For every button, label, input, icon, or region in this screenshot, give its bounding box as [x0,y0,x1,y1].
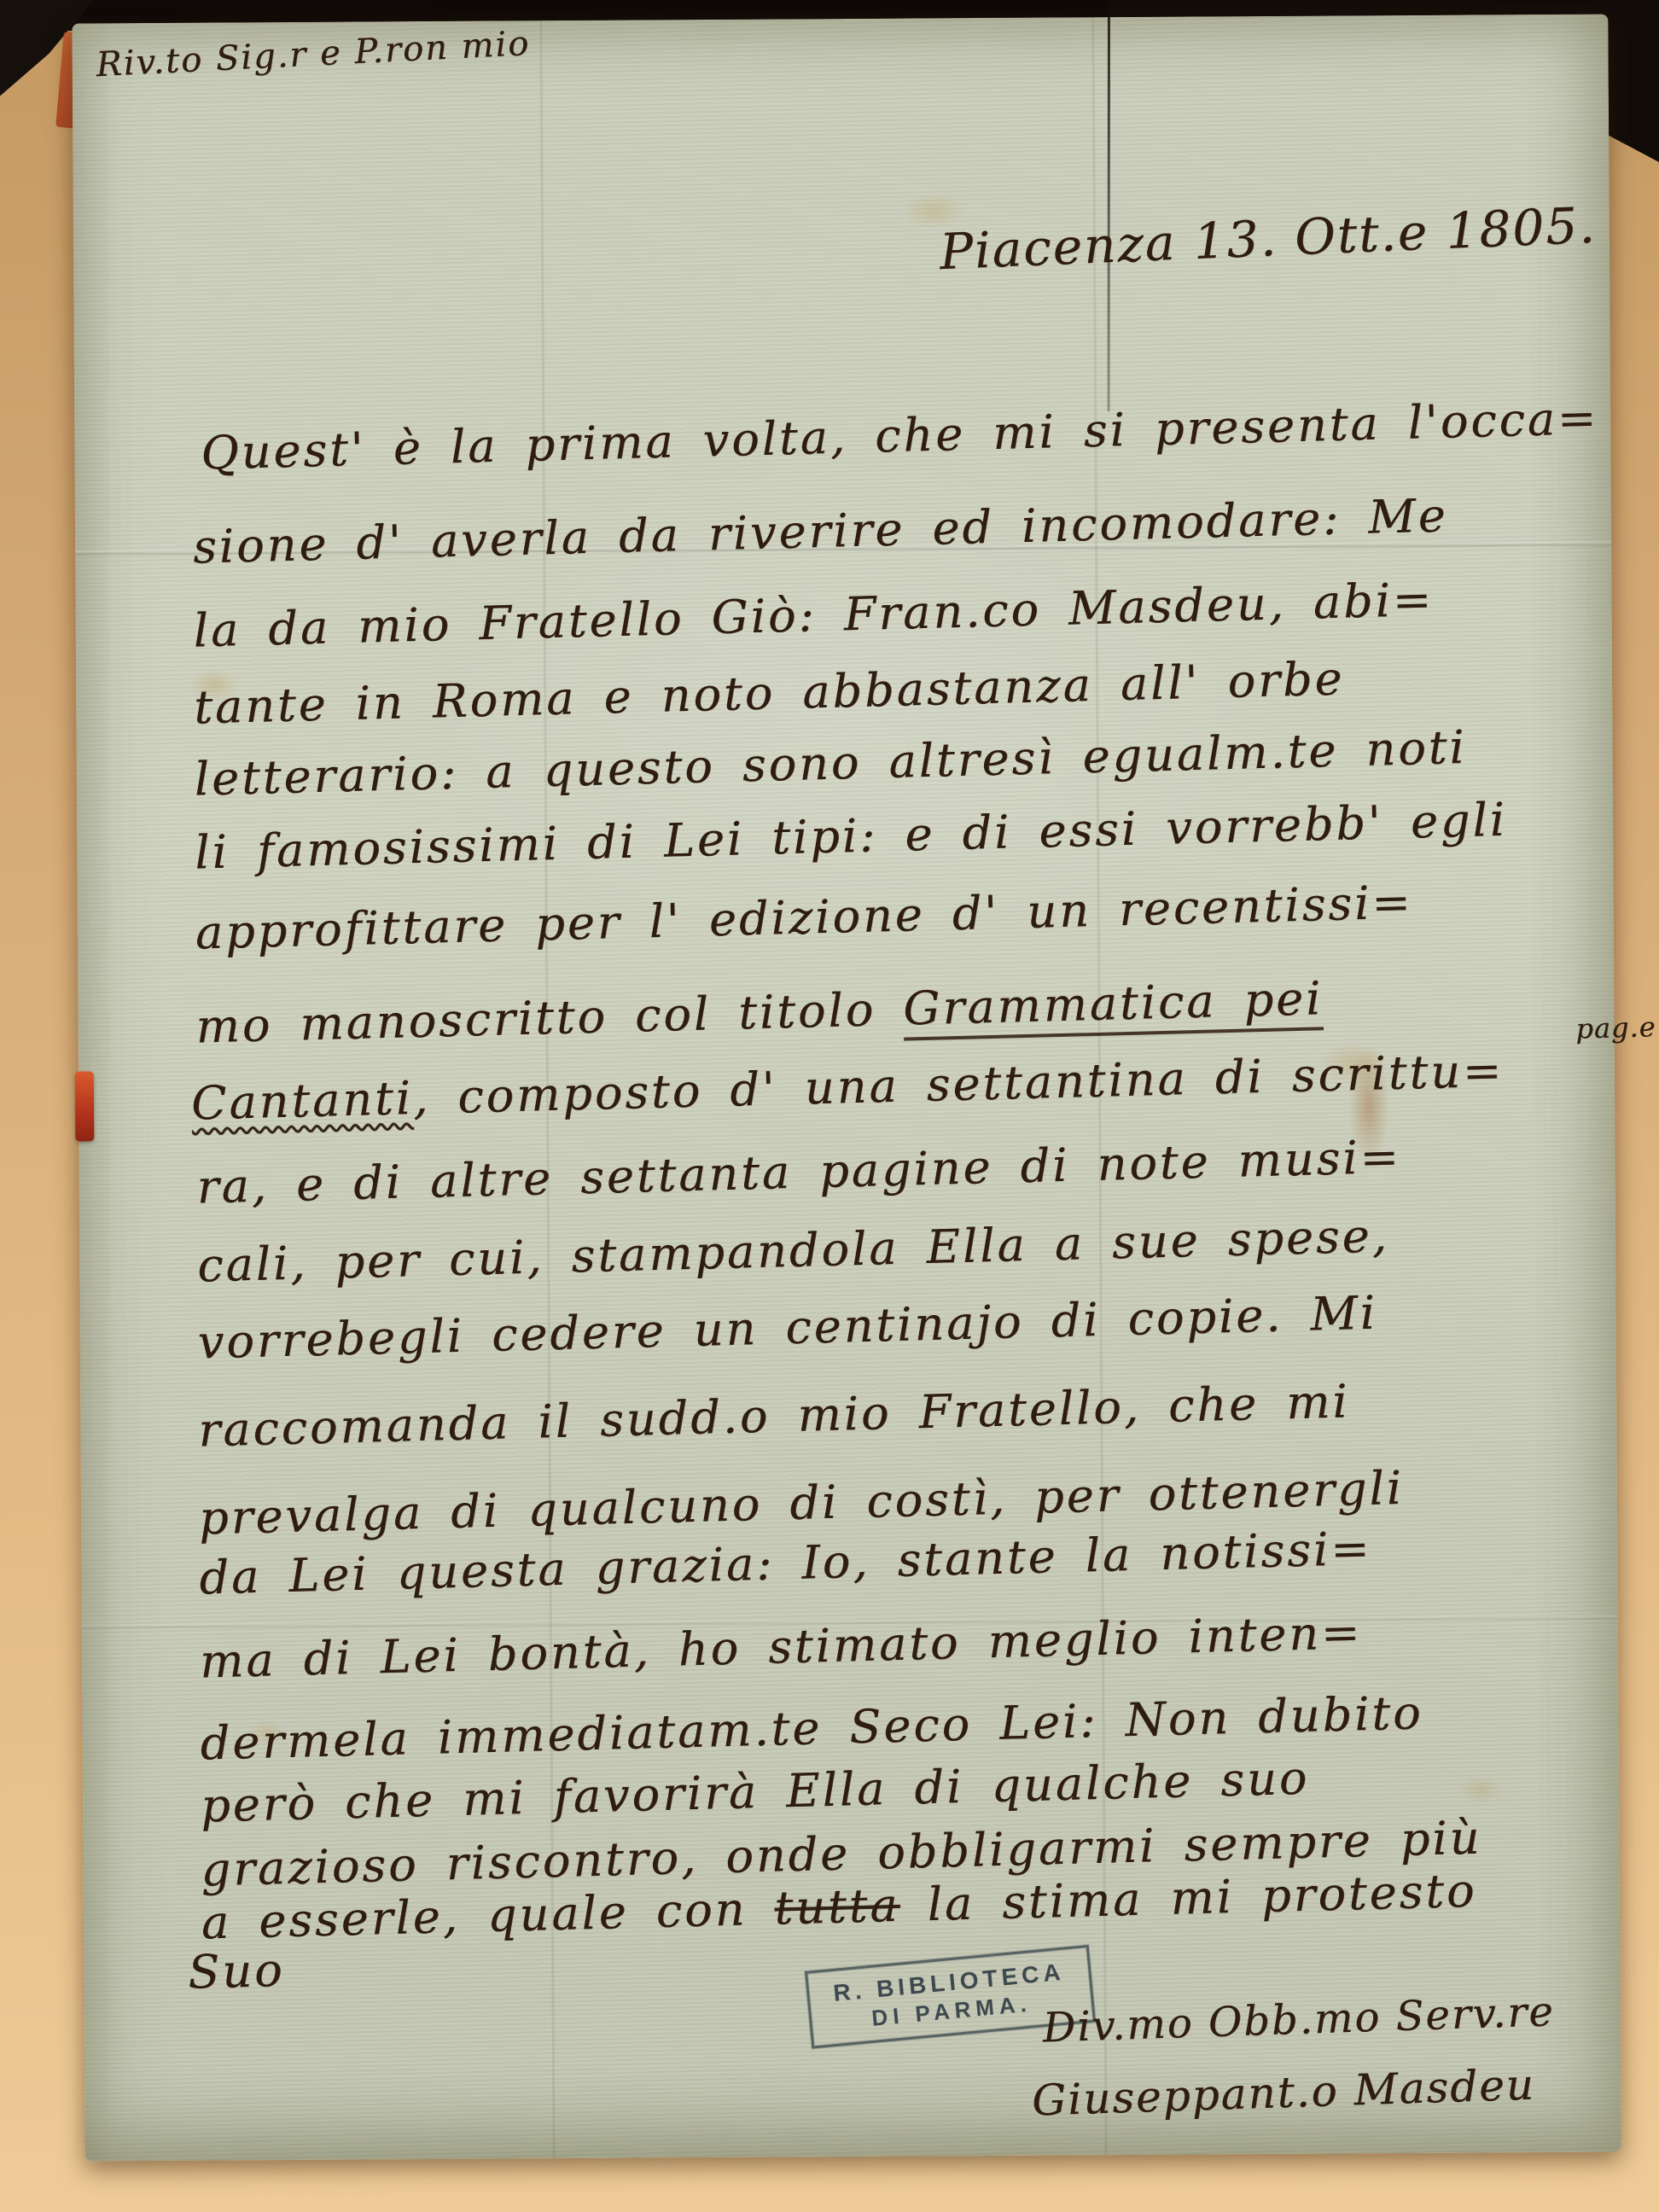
photo-of-manuscript-letter: Riv.to Sig.r e P.ron mio Piacenza 13. Ot… [0,0,1659,2212]
letter-line: li famosissimi di Lei tipi: e di essi vo… [195,793,1508,880]
letter-line-with-title: Cantanti, composto d' una settantina di … [190,1038,1659,1131]
letter-line: la da mio Fratello Giò: Fran.co Masdeu, … [193,573,1435,658]
letter-line: vorrebegli cedere un centinajo di copie.… [197,1286,1378,1370]
letter-line: cali, per cui, stampandola Ella a sue sp… [196,1208,1389,1292]
letter-line: raccomanda il sudd.o mio Fratello, che m… [198,1375,1351,1458]
letter-line-with-title: mo manoscritto col titolo Grammatica pei [195,971,1324,1053]
letter-closing: Div.mo Obb.mo Serv.re [1042,1988,1556,2052]
letter-line: Quest' è la prima volta, che mi si prese… [201,391,1599,480]
letter-line: tante in Roma e noto abbastanza all' orb… [193,652,1345,735]
struck-word: tutta [774,1878,901,1935]
letter-line: ma di Lei bontà, ho stimato meglio inten… [199,1605,1363,1688]
letter-line-text: mo manoscritto col titolo [195,982,904,1054]
letter-line: ra, e di altre settanta pagine di note m… [196,1130,1402,1214]
interline-insertion: pag.e di [1575,1010,1659,1045]
letter-line: letterario: a questo sono altresì egualm… [194,720,1467,806]
letter-line: approfittare per l' edizione d' un recen… [195,876,1413,960]
underlined-title-grammatica: Grammatica pei [903,971,1324,1040]
letter-salutation: Riv.to Sig.r e P.ron mio [96,24,532,84]
letter-line: sione d' averla da riverire ed incomodar… [192,488,1448,573]
underlined-title-cantanti: Cantanti [190,1071,413,1131]
letter-line-suo: Suo [188,1943,286,2000]
letter-line-text: , composto d' una settantina di [412,1049,1292,1125]
letter-dateline: Piacenza 13. Ott.e 1805. [939,196,1598,282]
letter-line-text: scrittu= [1291,1044,1505,1103]
wax-seal-remnant [75,1071,95,1141]
letter-paper: Riv.to Sig.r e P.ron mio Piacenza 13. Ot… [72,15,1621,2162]
fold-crease-vertical-top [1108,17,1110,411]
